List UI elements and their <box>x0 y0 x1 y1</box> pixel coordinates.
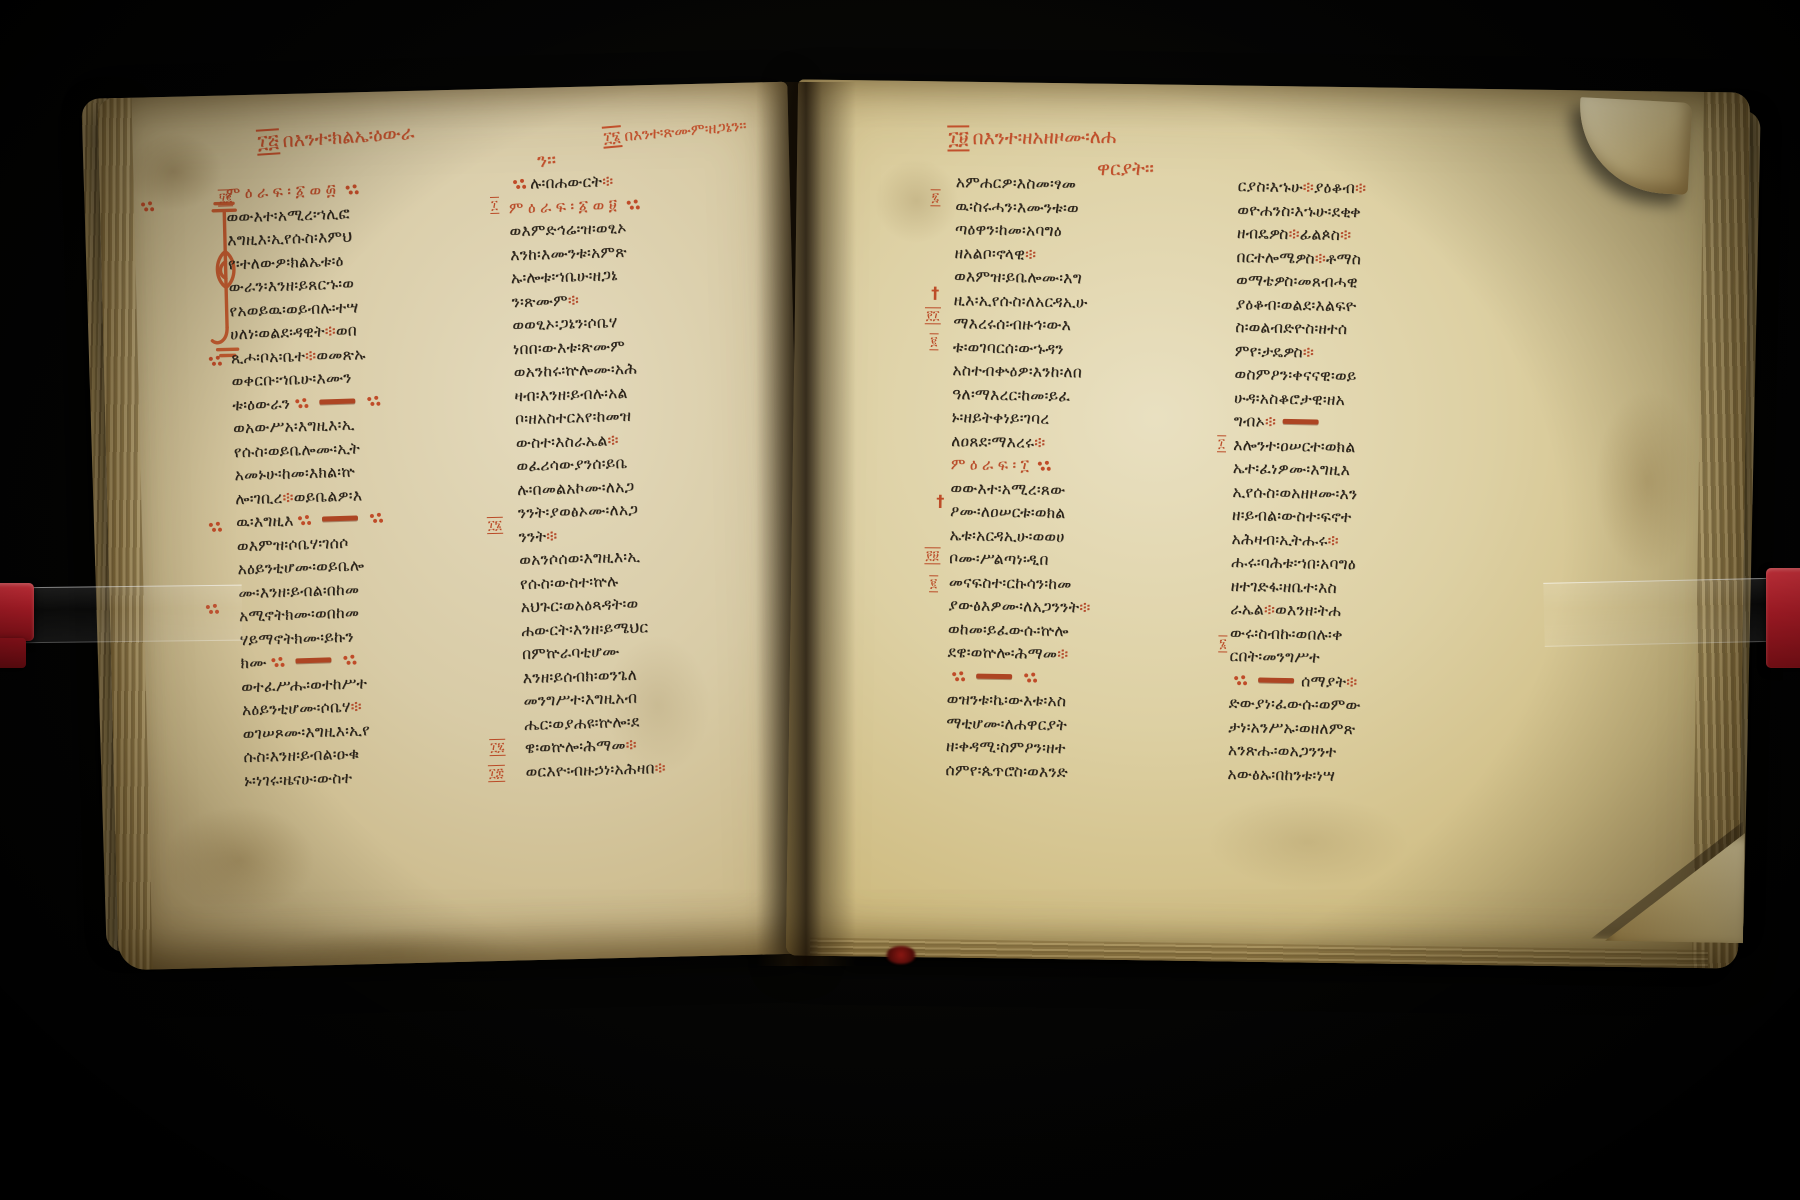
left-page: ፲፭በእንተ፡ክልኤ፡ዕውራ ን፡፡ ፲፮በእንተ፡ጽሙም፡ዘጋኔን፡፡ ምዕራ… <box>97 82 808 971</box>
margin-cross-mark: † <box>936 493 944 509</box>
acrylic-page-strip-left <box>10 585 243 644</box>
manuscript-photo: { "ink": {"black":"#2a231a","red":"#b549… <box>0 0 1800 1200</box>
margin-cross-mark: † <box>931 285 939 301</box>
red-page-clamp-left-lower <box>0 638 26 668</box>
margin-numeral: ፲ <box>490 197 499 214</box>
right-page-marginalia: ፯†፻፲፪†፻፱፪፲፮ <box>786 79 1750 968</box>
margin-numeral: ፲ <box>1217 435 1226 452</box>
red-page-clamp-left <box>0 583 34 641</box>
margin-numeral: ፪ <box>929 333 938 350</box>
margin-numeral: ፮ <box>1218 635 1228 652</box>
red-page-clamp-right <box>1766 568 1800 668</box>
margin-dots-ornament <box>140 201 154 212</box>
left-page-marginalia: ፶፪፲፲፮፲፯፲፰ <box>97 82 808 971</box>
margin-numeral: ፲፮ <box>487 517 503 534</box>
right-page: ፲፱በእንተ፡ዘአዘዞሙ፡ለሐ ዋርያት፡፡ አምሐርዎ፡እስመ፡ፃመዉ፡ስሩሓ… <box>786 79 1750 968</box>
margin-numeral: ፻፱ <box>924 547 940 564</box>
margin-numeral: ፶፪ <box>218 189 234 206</box>
margin-dots-ornament <box>208 522 222 533</box>
margin-numeral: ፲፰ <box>488 765 505 782</box>
margin-numeral: ፪ <box>929 575 938 592</box>
acrylic-page-strip-right <box>1543 577 1800 647</box>
margin-numeral: ፻፲ <box>925 307 941 324</box>
margin-numeral: ፯ <box>930 189 940 206</box>
binding-thread <box>886 946 916 964</box>
margin-numeral: ፲፯ <box>489 739 506 756</box>
margin-dots-ornament <box>208 356 222 367</box>
